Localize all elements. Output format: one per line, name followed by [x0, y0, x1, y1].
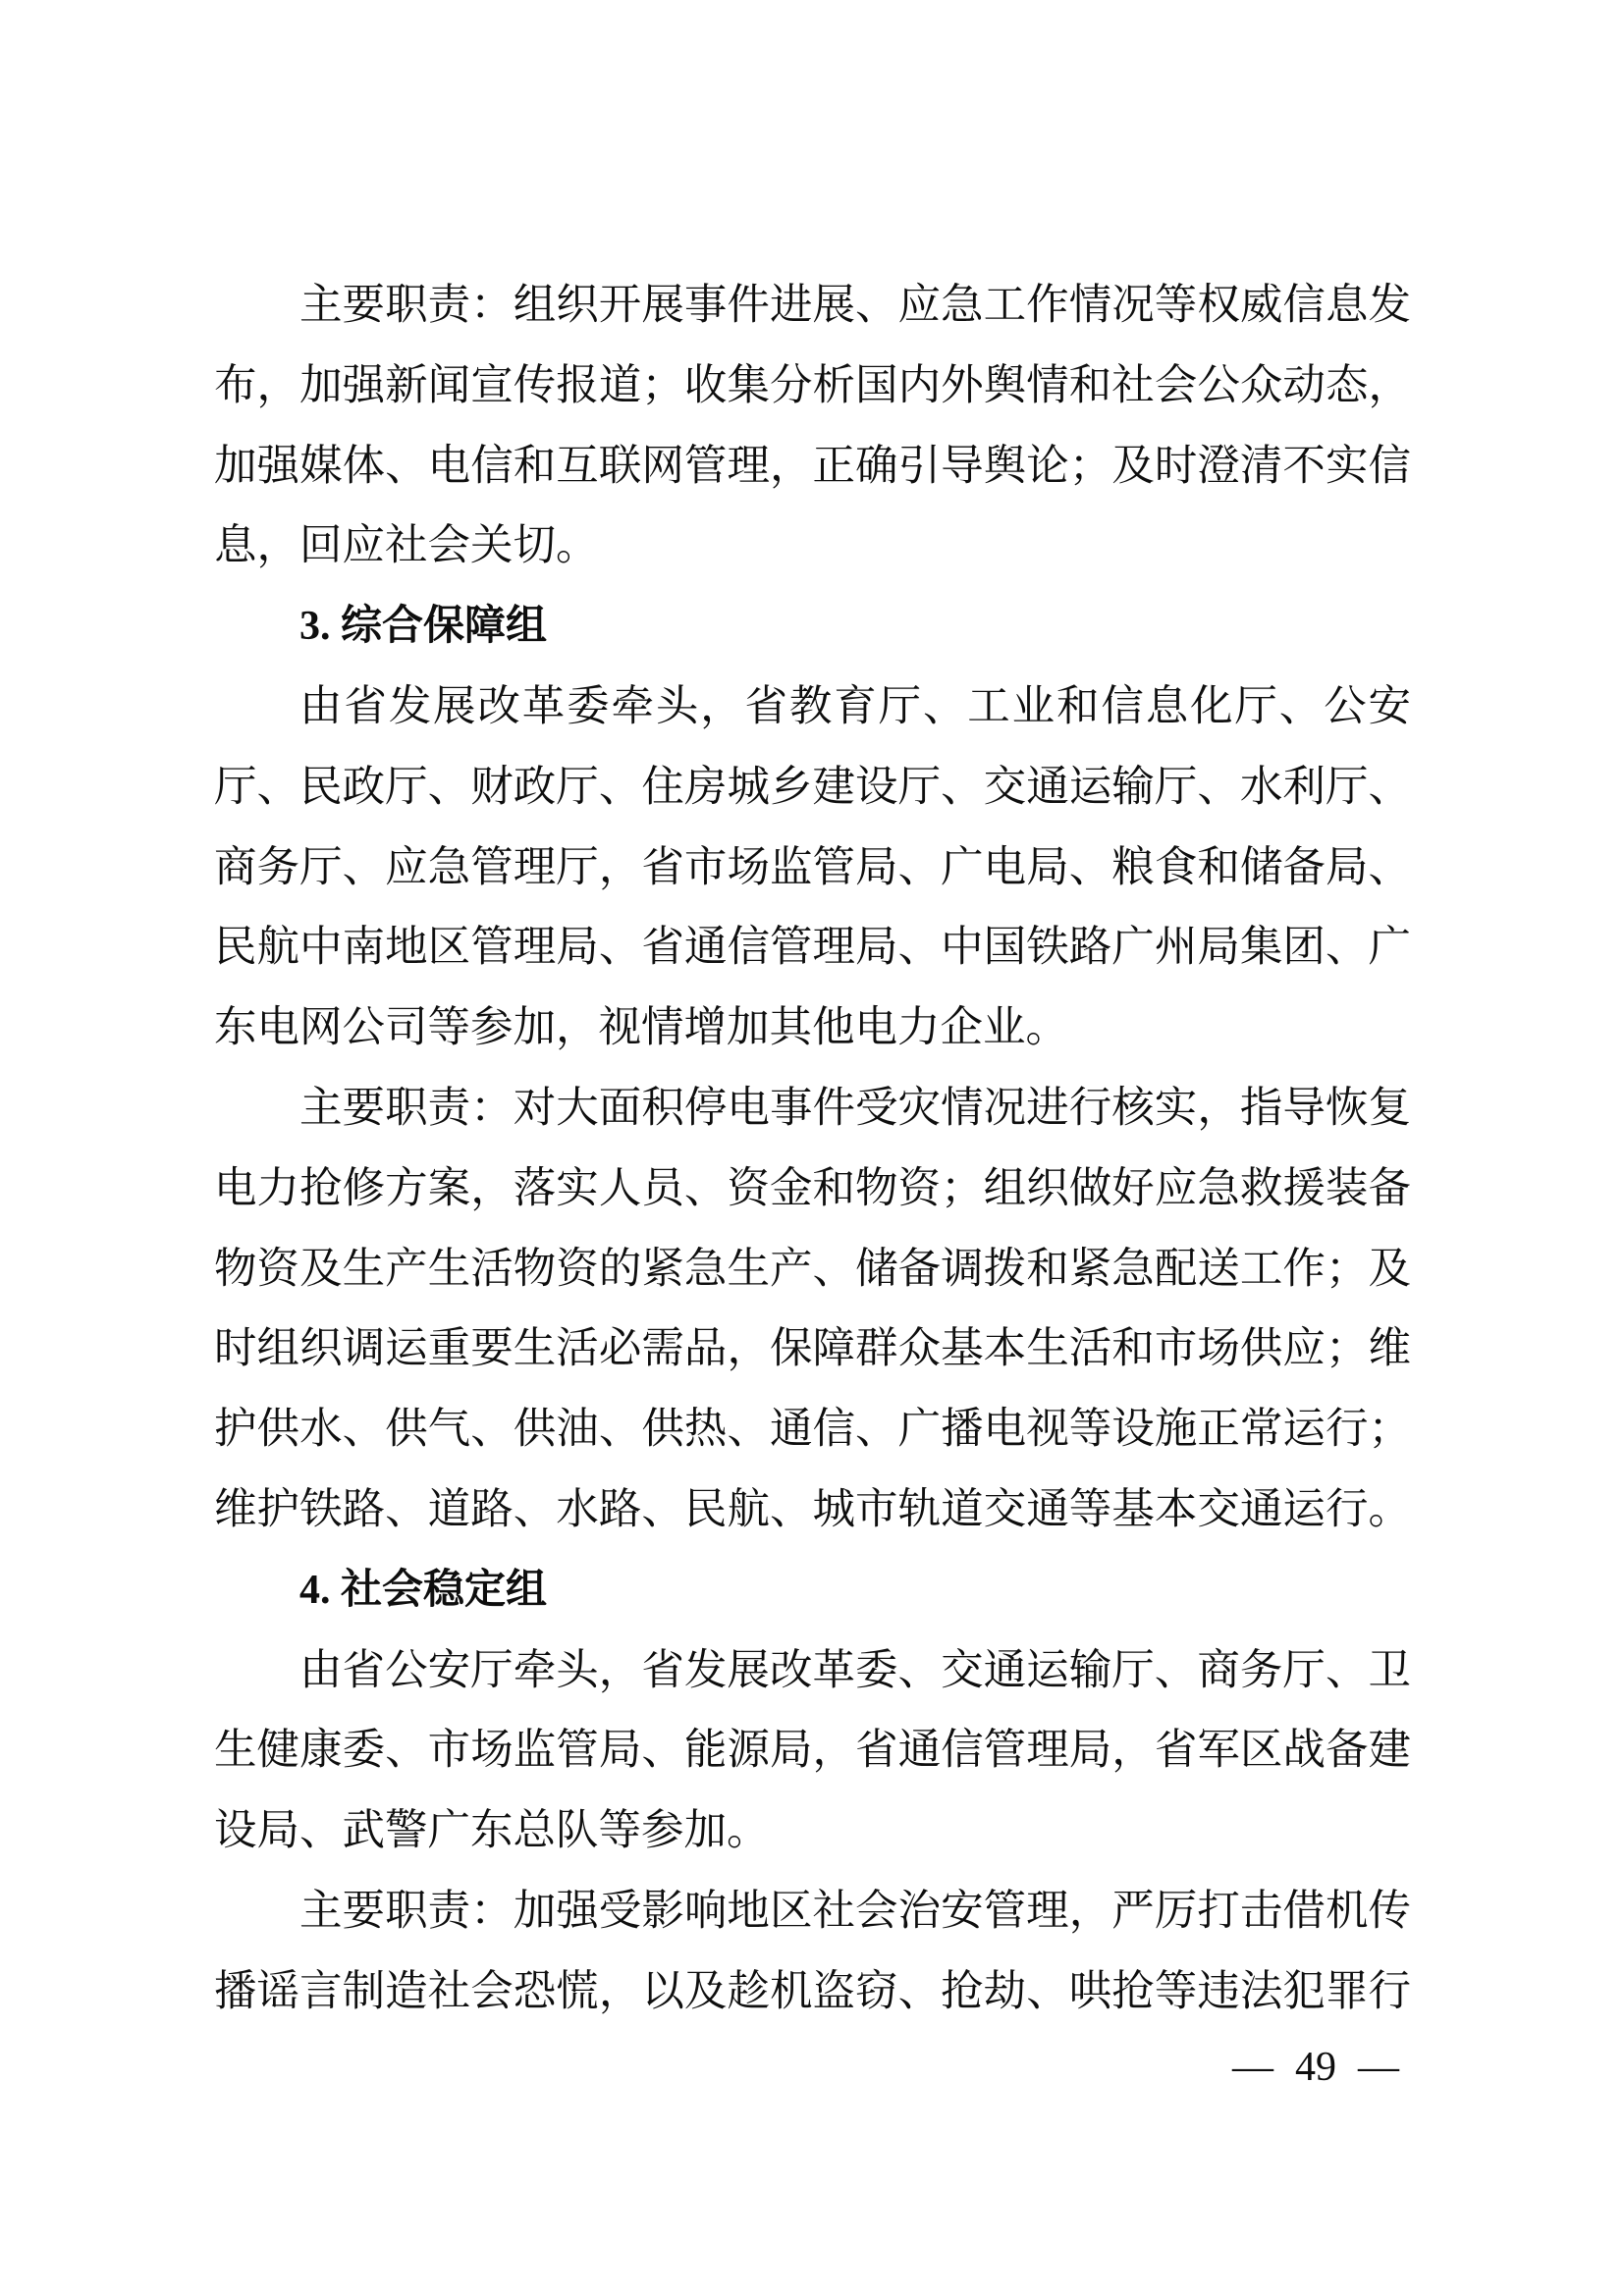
- text-line: 电力抢修方案，落实人员、资金和物资；组织做好应急救援装备: [214, 1149, 1411, 1230]
- footer-dash-left: —: [1232, 2044, 1273, 2091]
- text-line: 护供水、供气、供油、供热、通信、广播电视等设施正常运行；: [214, 1390, 1411, 1470]
- section-heading: 4. 社会稳定组: [214, 1551, 1411, 1631]
- text-line: 厅、民政厅、财政厅、住房城乡建设厅、交通运输厅、水利厅、: [214, 748, 1411, 828]
- text-line: 民航中南地区管理局、省通信管理局、中国铁路广州局集团、广: [214, 908, 1411, 988]
- document-page: 主要职责：组织开展事件进展、应急工作情况等权威信息发 布，加强新闻宣传报道；收集…: [0, 0, 1624, 2296]
- text-line: 东电网公司等参加，视情增加其他电力企业。: [214, 988, 1411, 1069]
- text-line: 时组织调运重要生活必需品，保障群众基本生活和市场供应；维: [214, 1309, 1411, 1390]
- text-line: 生健康委、市场监管局、能源局，省通信管理局，省军区战备建: [214, 1711, 1411, 1791]
- footer-dash-right: —: [1358, 2044, 1399, 2091]
- page-footer: — 49 —: [1232, 2044, 1399, 2091]
- text-line: 维护铁路、道路、水路、民航、城市轨道交通等基本交通运行。: [214, 1470, 1411, 1551]
- text-line: 设局、武警广东总队等参加。: [214, 1791, 1411, 1872]
- document-text-block: 主要职责：组织开展事件进展、应急工作情况等权威信息发 布，加强新闻宣传报道；收集…: [214, 266, 1411, 2033]
- text-line: 物资及生产生活物资的紧急生产、储备调拨和紧急配送工作；及: [214, 1230, 1411, 1310]
- section-heading: 3. 综合保障组: [214, 587, 1411, 667]
- text-line: 商务厅、应急管理厅，省市场监管局、广电局、粮食和储备局、: [214, 828, 1411, 909]
- text-line: 加强媒体、电信和互联网管理，正确引导舆论；及时澄清不实信: [214, 427, 1411, 507]
- text-line: 由省公安厅牵头，省发展改革委、交通运输厅、商务厅、卫: [214, 1631, 1411, 1712]
- text-line: 息，回应社会关切。: [214, 507, 1411, 587]
- page-number: 49: [1295, 2044, 1336, 2091]
- text-line: 主要职责：加强受影响地区社会治安管理，严厉打击借机传: [214, 1872, 1411, 1952]
- text-line: 播谣言制造社会恐慌，以及趁机盗窃、抢劫、哄抢等违法犯罪行: [214, 1952, 1411, 2033]
- text-line: 主要职责：对大面积停电事件受灾情况进行核实，指导恢复: [214, 1069, 1411, 1149]
- text-line: 由省发展改革委牵头，省教育厅、工业和信息化厅、公安: [214, 667, 1411, 748]
- text-line: 布，加强新闻宣传报道；收集分析国内外舆情和社会公众动态，: [214, 347, 1411, 427]
- text-line: 主要职责：组织开展事件进展、应急工作情况等权威信息发: [214, 266, 1411, 347]
